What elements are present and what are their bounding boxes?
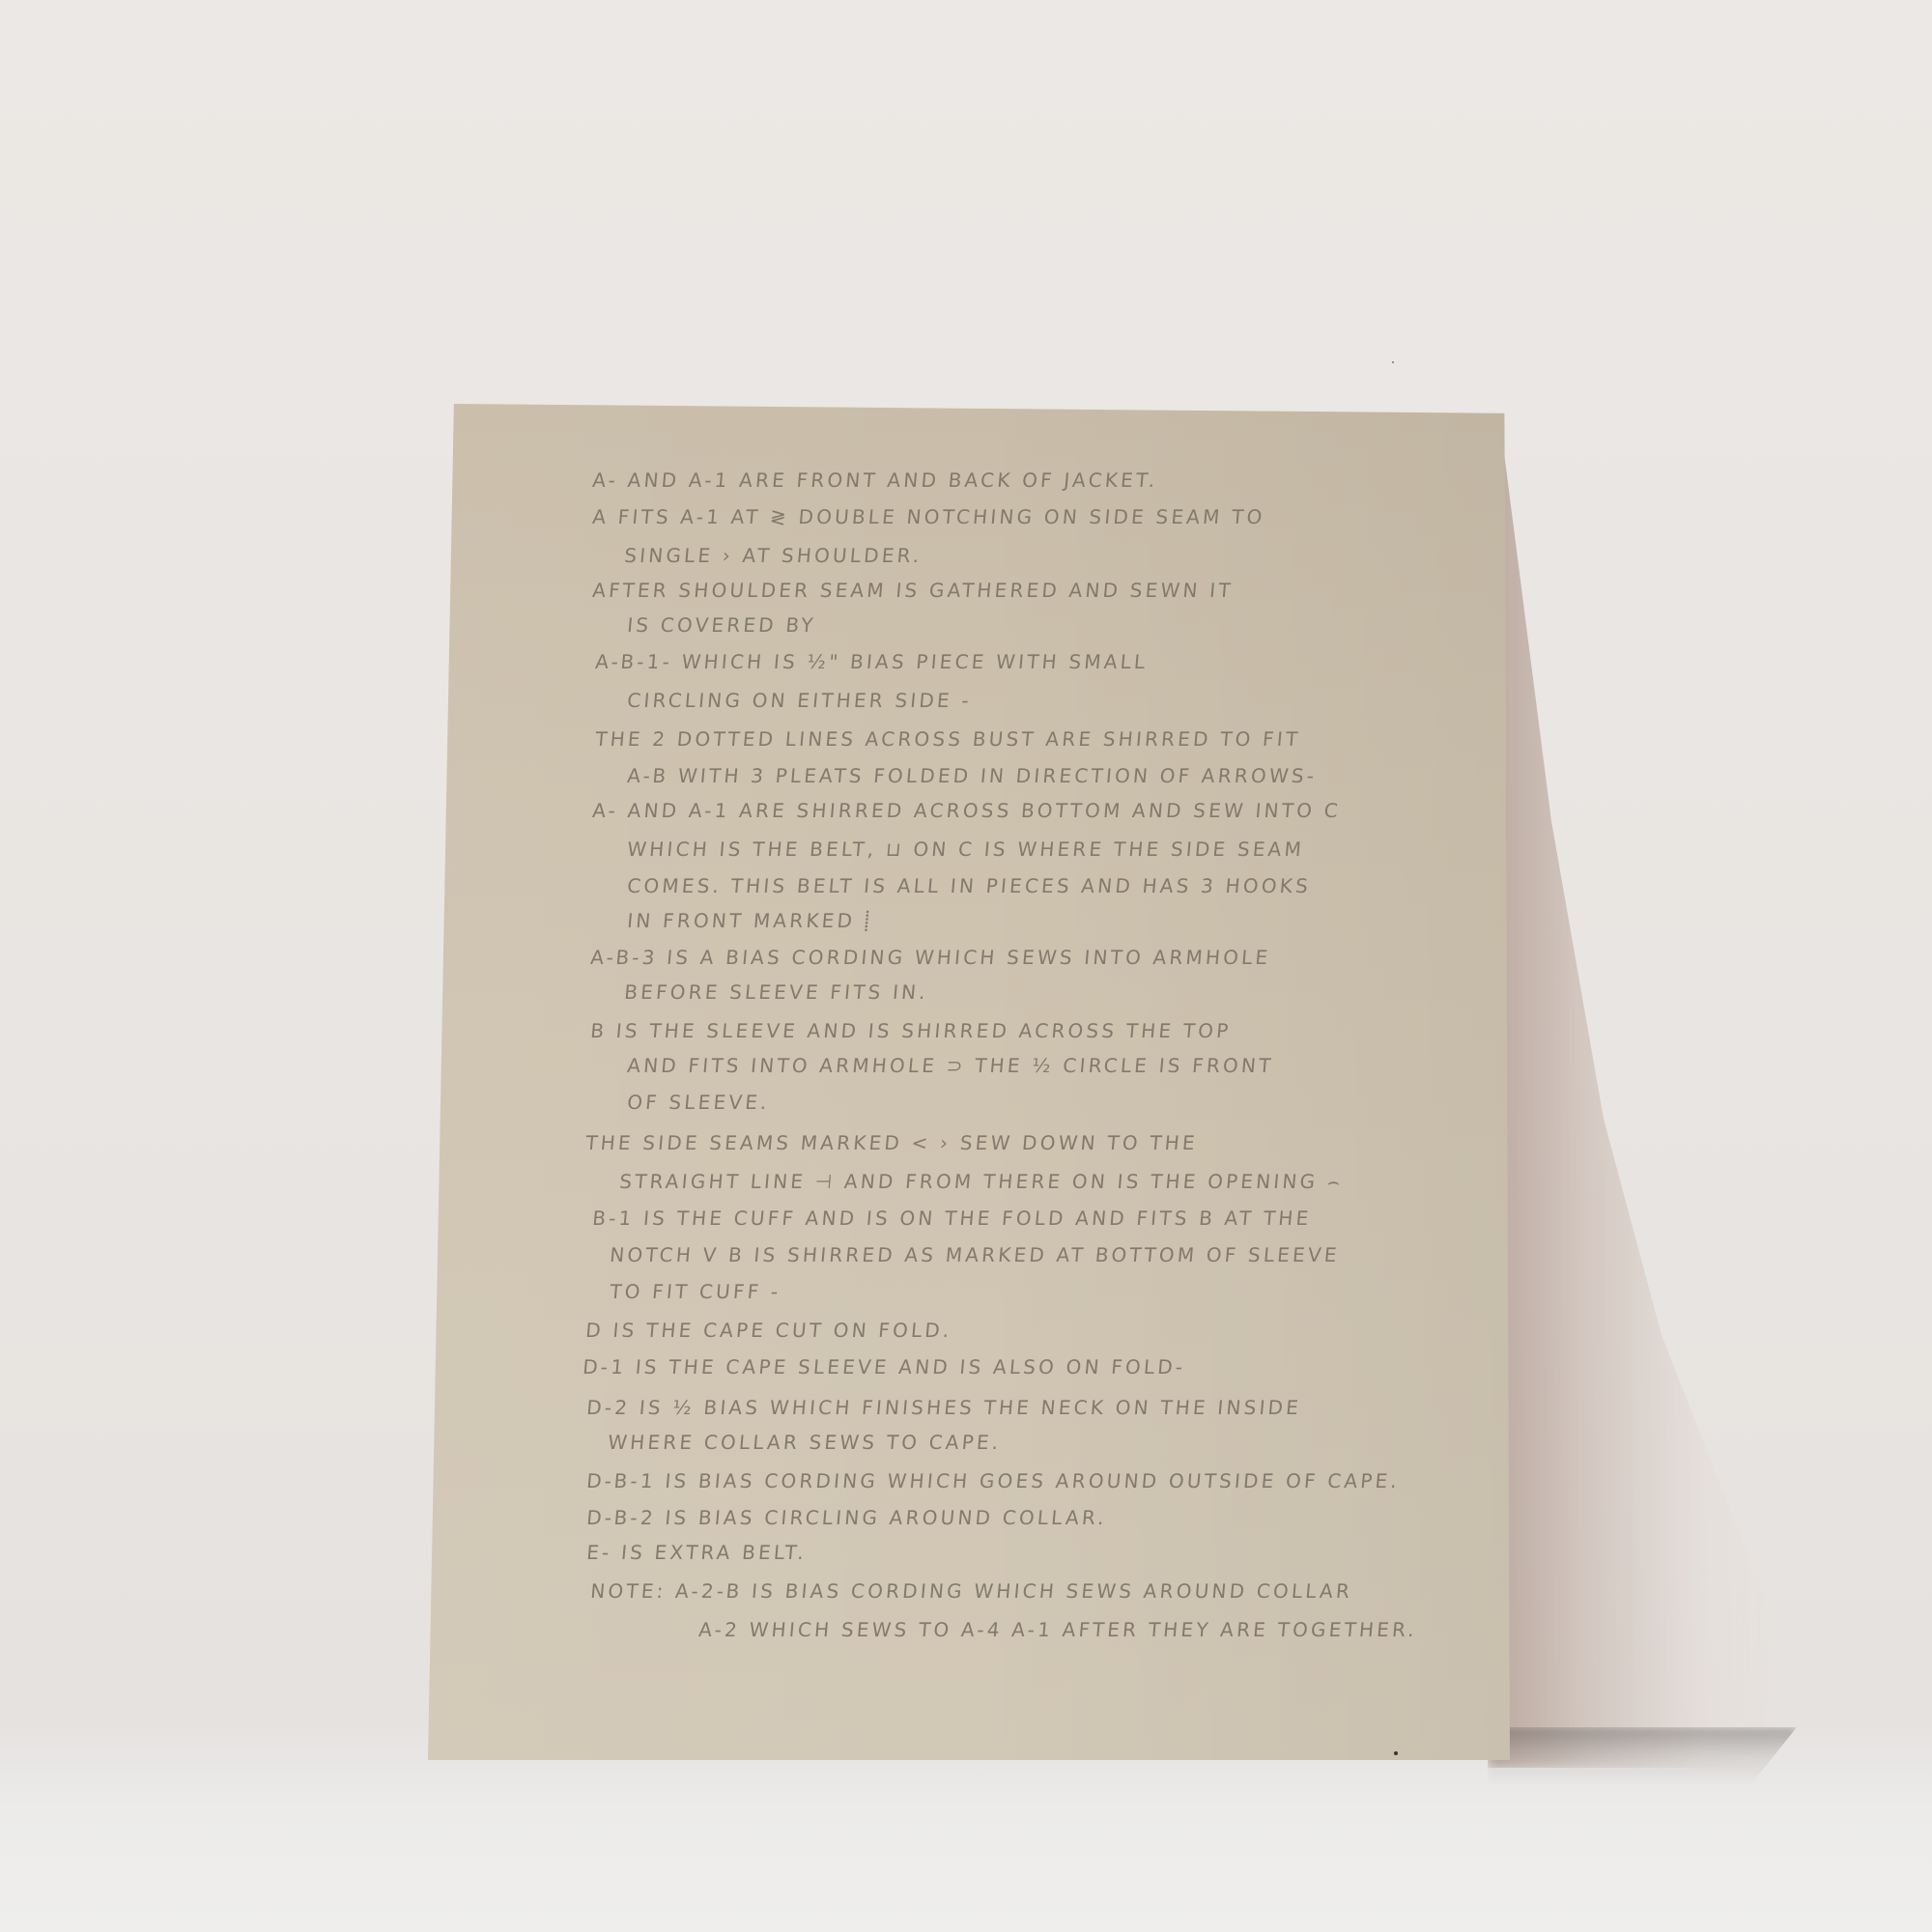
text-line: WHICH IS THE BELT, ⊔ ON C IS WHERE THE S…	[626, 835, 1305, 864]
text-line: CIRCLING ON EITHER SIDE -	[626, 686, 973, 715]
text-line: A-B-1- WHICH IS ½" BIAS PIECE WITH SMALL	[594, 647, 1150, 676]
text-line: A-B WITH 3 PLEATS FOLDED IN DIRECTION OF…	[626, 761, 1319, 790]
text-line: SINGLE › AT SHOULDER.	[623, 541, 923, 570]
text-line: D-2 IS ½ BIAS WHICH FINISHES THE NECK ON…	[585, 1393, 1302, 1422]
text-line: BEFORE SLEEVE FITS IN.	[623, 978, 929, 1007]
text-line: E- IS EXTRA BELT.	[585, 1538, 808, 1567]
text-line: THE SIDE SEAMS MARKED < › SEW DOWN TO TH…	[584, 1128, 1199, 1157]
text-line: D IS THE CAPE CUT ON FOLD.	[584, 1316, 953, 1345]
paper-speck	[1394, 1751, 1398, 1755]
text-line: B-1 IS THE CUFF AND IS ON THE FOLD AND F…	[591, 1204, 1313, 1233]
text-line: IN FRONT MARKED ⸽	[626, 906, 873, 935]
text-line: TO FIT CUFF -	[609, 1277, 782, 1306]
text-line: A-B-3 IS A BIAS CORDING WHICH SEWS INTO …	[589, 943, 1272, 972]
note-line: A-2 WHICH SEWS TO A-4 A-1 AFTER THEY ARE…	[697, 1615, 1418, 1644]
text-line: D-B-1 IS BIAS CORDING WHICH GOES AROUND …	[585, 1466, 1401, 1495]
text-line: A- AND A-1 ARE FRONT AND BACK OF JACKET.	[591, 466, 1159, 495]
wall-speck	[1392, 361, 1394, 363]
text-line: NOTCH V B IS SHIRRED AS MARKED AT BOTTOM…	[609, 1240, 1341, 1269]
text-line: A FITS A-1 AT ≷ DOUBLE NOTCHING ON SIDE …	[591, 502, 1266, 531]
text-line: B IS THE SLEEVE AND IS SHIRRED ACROSS TH…	[589, 1016, 1233, 1045]
text-line: AND FITS INTO ARMHOLE ⊃ THE ½ CIRCLE IS …	[626, 1051, 1275, 1080]
text-line: IS COVERED BY	[626, 611, 817, 639]
text-line: STRAIGHT LINE ⊣ AND FROM THERE ON IS THE…	[618, 1167, 1345, 1196]
floor-shadow	[1488, 1727, 1797, 1785]
text-line: OF SLEEVE.	[626, 1088, 771, 1117]
text-line: AFTER SHOULDER SEAM IS GATHERED AND SEWN…	[591, 576, 1235, 605]
note-line: NOTE: A-2-B IS BIAS CORDING WHICH SEWS A…	[589, 1577, 1353, 1605]
text-line: THE 2 DOTTED LINES ACROSS BUST ARE SHIRR…	[594, 724, 1302, 753]
text-line: WHERE COLLAR SEWS TO CAPE.	[607, 1428, 1003, 1457]
text-line: A- AND A-1 ARE SHIRRED ACROSS BOTTOM AND…	[591, 796, 1342, 825]
text-line: D-B-2 IS BIAS CIRCLING AROUND COLLAR.	[585, 1503, 1108, 1532]
text-line: COMES. THIS BELT IS ALL IN PIECES AND HA…	[626, 871, 1312, 900]
text-line: D-1 IS THE CAPE SLEEVE AND IS ALSO ON FO…	[582, 1352, 1187, 1381]
